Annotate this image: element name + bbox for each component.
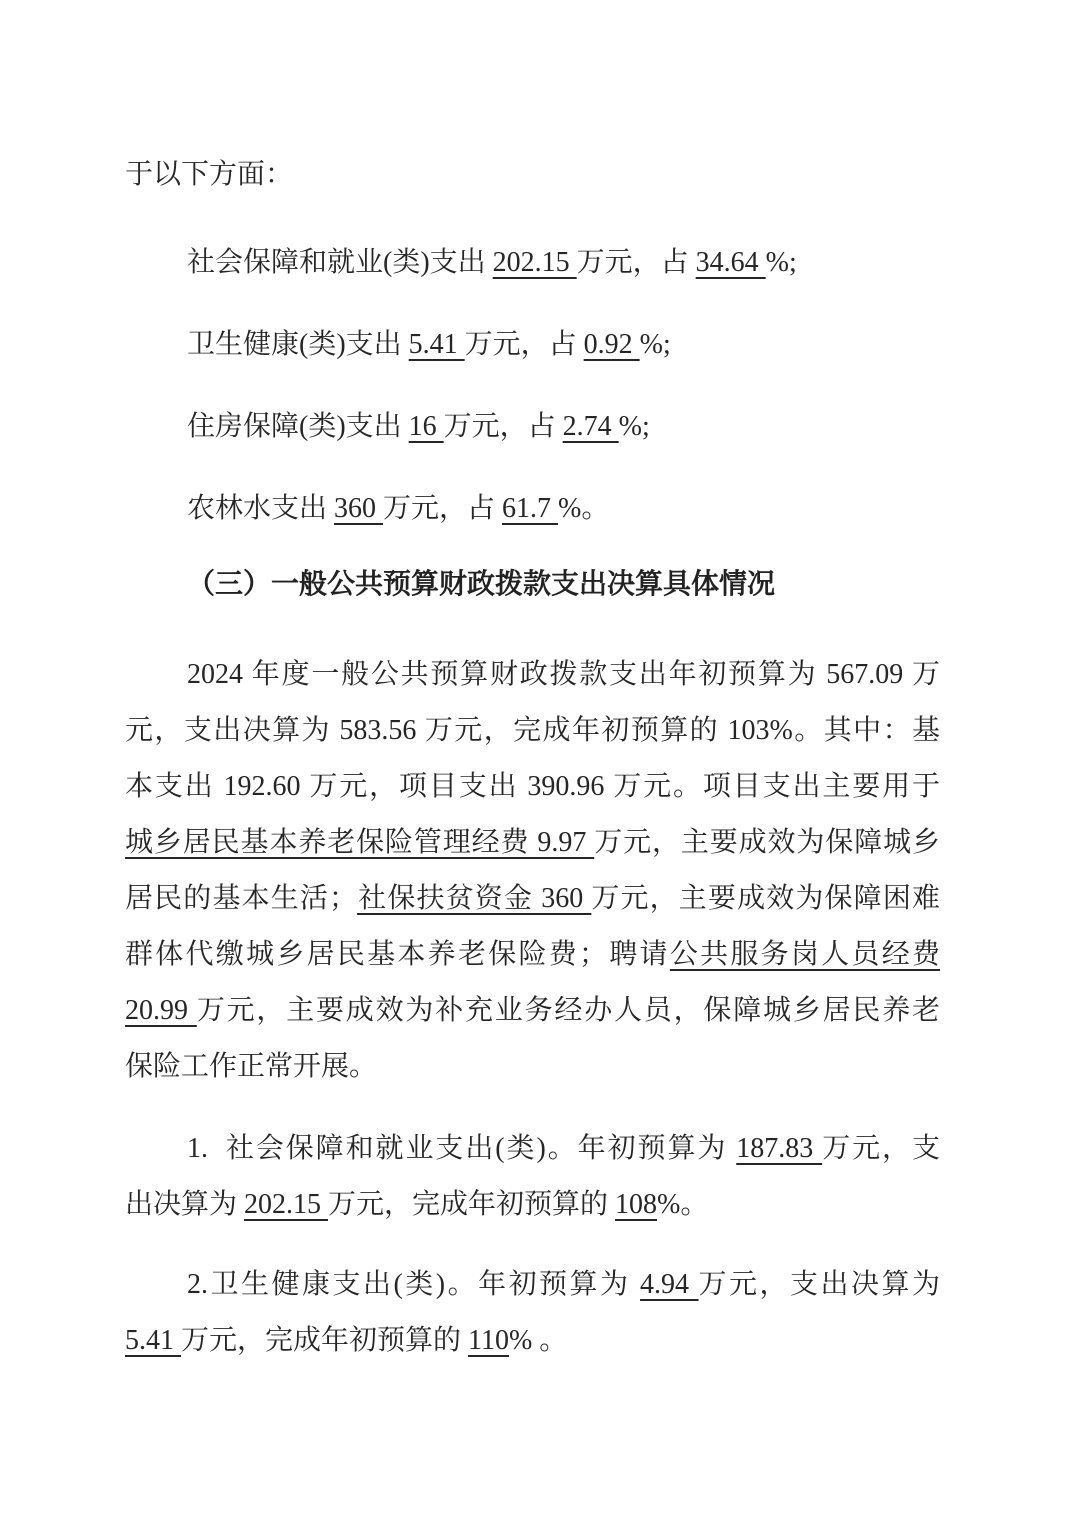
- underlined-value: 202.15: [244, 1189, 328, 1220]
- text-segment: 于以下方面：: [125, 159, 293, 190]
- underlined-value: 34.64: [696, 247, 766, 278]
- underlined-value: 城乡居民基本养老保险管理经费 9.97: [125, 827, 594, 858]
- text-segment: 万元，占: [444, 411, 563, 442]
- expenditure-item-housing: 住房保障(类)支出 16 万元，占 2.74 %;: [125, 399, 940, 455]
- item-2-paragraph: 2.卫生健康支出(类)。年初预算为 4.94 万元，支出决算为5.41 万元，完…: [125, 1257, 940, 1369]
- underlined-value: 20.99: [125, 995, 197, 1026]
- text-line: 农林水支出 360 万元，占 61.7 %。: [125, 481, 940, 537]
- section-heading: （三）一般公共预算财政拨款支出决算具体情况: [125, 557, 940, 613]
- text-line: 群体代缴城乡居民基本养老保险费；聘请公共服务岗人员经费: [125, 927, 940, 983]
- text-segment: 2.卫生健康支出(类)。年初预算为: [187, 1269, 640, 1300]
- text-line: 1. 社会保障和就业支出(类)。年初预算为 187.83 万元，支: [125, 1121, 940, 1177]
- text-line: 2.卫生健康支出(类)。年初预算为 4.94 万元，支出决算为: [125, 1257, 940, 1313]
- expenditure-item-social-security: 社会保障和就业(类)支出 202.15 万元，占 34.64 %;: [125, 235, 940, 291]
- underlined-value: 5.41: [409, 329, 465, 360]
- underlined-value: 2.74: [563, 411, 619, 442]
- text-line: 2024 年度一般公共预算财政拨款支出年初预算为 567.09 万: [125, 647, 940, 703]
- text-segment: （三）一般公共预算财政拨款支出决算具体情况: [187, 569, 775, 600]
- text-segment: 住房保障(类)支出: [187, 411, 409, 442]
- underlined-value: 187.83: [736, 1133, 822, 1164]
- document-page: 于以下方面：社会保障和就业(类)支出 202.15 万元，占 34.64 %;卫…: [0, 0, 1075, 1520]
- document-content: 于以下方面：社会保障和就业(类)支出 202.15 万元，占 34.64 %;卫…: [125, 147, 940, 1369]
- text-line: 5.41 万元，完成年初预算的 110% 。: [125, 1313, 940, 1369]
- expenditure-item-agriculture: 农林水支出 360 万元，占 61.7 %。: [125, 481, 940, 537]
- text-segment: 万元，主要成效为补充业务经办人员，保障城乡居民养老: [197, 995, 940, 1026]
- text-segment: %;: [640, 329, 671, 360]
- text-segment: 社会保障和就业(类)支出: [187, 247, 493, 278]
- text-segment: 卫生健康(类)支出: [187, 329, 409, 360]
- intro-paragraph: 于以下方面：: [125, 147, 940, 203]
- underlined-value: 16: [409, 411, 444, 442]
- underlined-value: 社保扶贫资金 360: [357, 883, 591, 914]
- text-line: 住房保障(类)支出 16 万元，占 2.74 %;: [125, 399, 940, 455]
- text-segment: 万元，占: [383, 493, 502, 524]
- underlined-value: 5.41: [125, 1325, 181, 1356]
- underlined-value: 61.7: [502, 493, 558, 524]
- text-segment: 2024 年度一般公共预算财政拨款支出年初预算为 567.09 万: [187, 659, 940, 690]
- text-segment: 万元，主要成效为保障城乡: [594, 827, 940, 858]
- text-line: 居民的基本生活；社保扶贫资金 360 万元，主要成效为保障困难: [125, 871, 940, 927]
- expenditure-item-health: 卫生健康(类)支出 5.41 万元，占 0.92 %;: [125, 317, 940, 373]
- text-segment: %。: [657, 1189, 708, 1220]
- text-segment: 居民的基本生活；: [125, 883, 357, 914]
- text-segment: 万元，占: [577, 247, 696, 278]
- underlined-value: 108: [615, 1189, 657, 1220]
- text-line: 20.99 万元，主要成效为补充业务经办人员，保障城乡居民养老: [125, 983, 940, 1039]
- underlined-value: 0.92: [584, 329, 640, 360]
- text-line: 出决算为 202.15 万元，完成年初预算的 108%。: [125, 1177, 940, 1233]
- text-line: （三）一般公共预算财政拨款支出决算具体情况: [125, 557, 940, 613]
- text-segment: 万元，完成年初预算的: [328, 1189, 615, 1220]
- text-segment: % 。: [509, 1325, 567, 1356]
- text-line: 城乡居民基本养老保险管理经费 9.97 万元，主要成效为保障城乡: [125, 815, 940, 871]
- underlined-value: 110: [468, 1325, 509, 1356]
- text-line: 卫生健康(类)支出 5.41 万元，占 0.92 %;: [125, 317, 940, 373]
- text-segment: 万元，主要成效为保障困难: [591, 883, 940, 914]
- text-segment: %;: [619, 411, 650, 442]
- detail-paragraph: 2024 年度一般公共预算财政拨款支出年初预算为 567.09 万元，支出决算为…: [125, 647, 940, 1095]
- text-segment: 出决算为: [125, 1189, 244, 1220]
- text-segment: %。: [558, 493, 609, 524]
- item-1-paragraph: 1. 社会保障和就业支出(类)。年初预算为 187.83 万元，支出决算为 20…: [125, 1121, 940, 1233]
- text-line: 元，支出决算为 583.56 万元，完成年初预算的 103%。其中：基: [125, 703, 940, 759]
- text-segment: 农林水支出: [187, 493, 334, 524]
- text-line: 本支出 192.60 万元，项目支出 390.96 万元。项目支出主要用于: [125, 759, 940, 815]
- underlined-value: 4.94: [640, 1269, 699, 1300]
- text-line: 社会保障和就业(类)支出 202.15 万元，占 34.64 %;: [125, 235, 940, 291]
- underlined-value: 202.15: [493, 247, 577, 278]
- text-segment: 元，支出决算为 583.56 万元，完成年初预算的 103%。其中：基: [125, 715, 940, 746]
- text-segment: 万元，支出决算为: [699, 1269, 940, 1300]
- text-segment: 万元，完成年初预算的: [181, 1325, 468, 1356]
- text-segment: 群体代缴城乡居民基本养老保险费；聘请: [125, 939, 670, 970]
- text-segment: %;: [766, 247, 797, 278]
- text-line: 于以下方面：: [125, 147, 940, 203]
- text-segment: 1. 社会保障和就业支出(类)。年初预算为: [187, 1133, 736, 1164]
- text-segment: 保险工作正常开展。: [125, 1051, 377, 1082]
- underlined-value: 360: [334, 493, 383, 524]
- underlined-value: 公共服务岗人员经费: [670, 939, 940, 970]
- text-segment: 万元，占: [465, 329, 584, 360]
- text-line: 保险工作正常开展。: [125, 1039, 940, 1095]
- text-segment: 本支出 192.60 万元，项目支出 390.96 万元。项目支出主要用于: [125, 771, 940, 802]
- text-segment: 万元，支: [822, 1133, 940, 1164]
